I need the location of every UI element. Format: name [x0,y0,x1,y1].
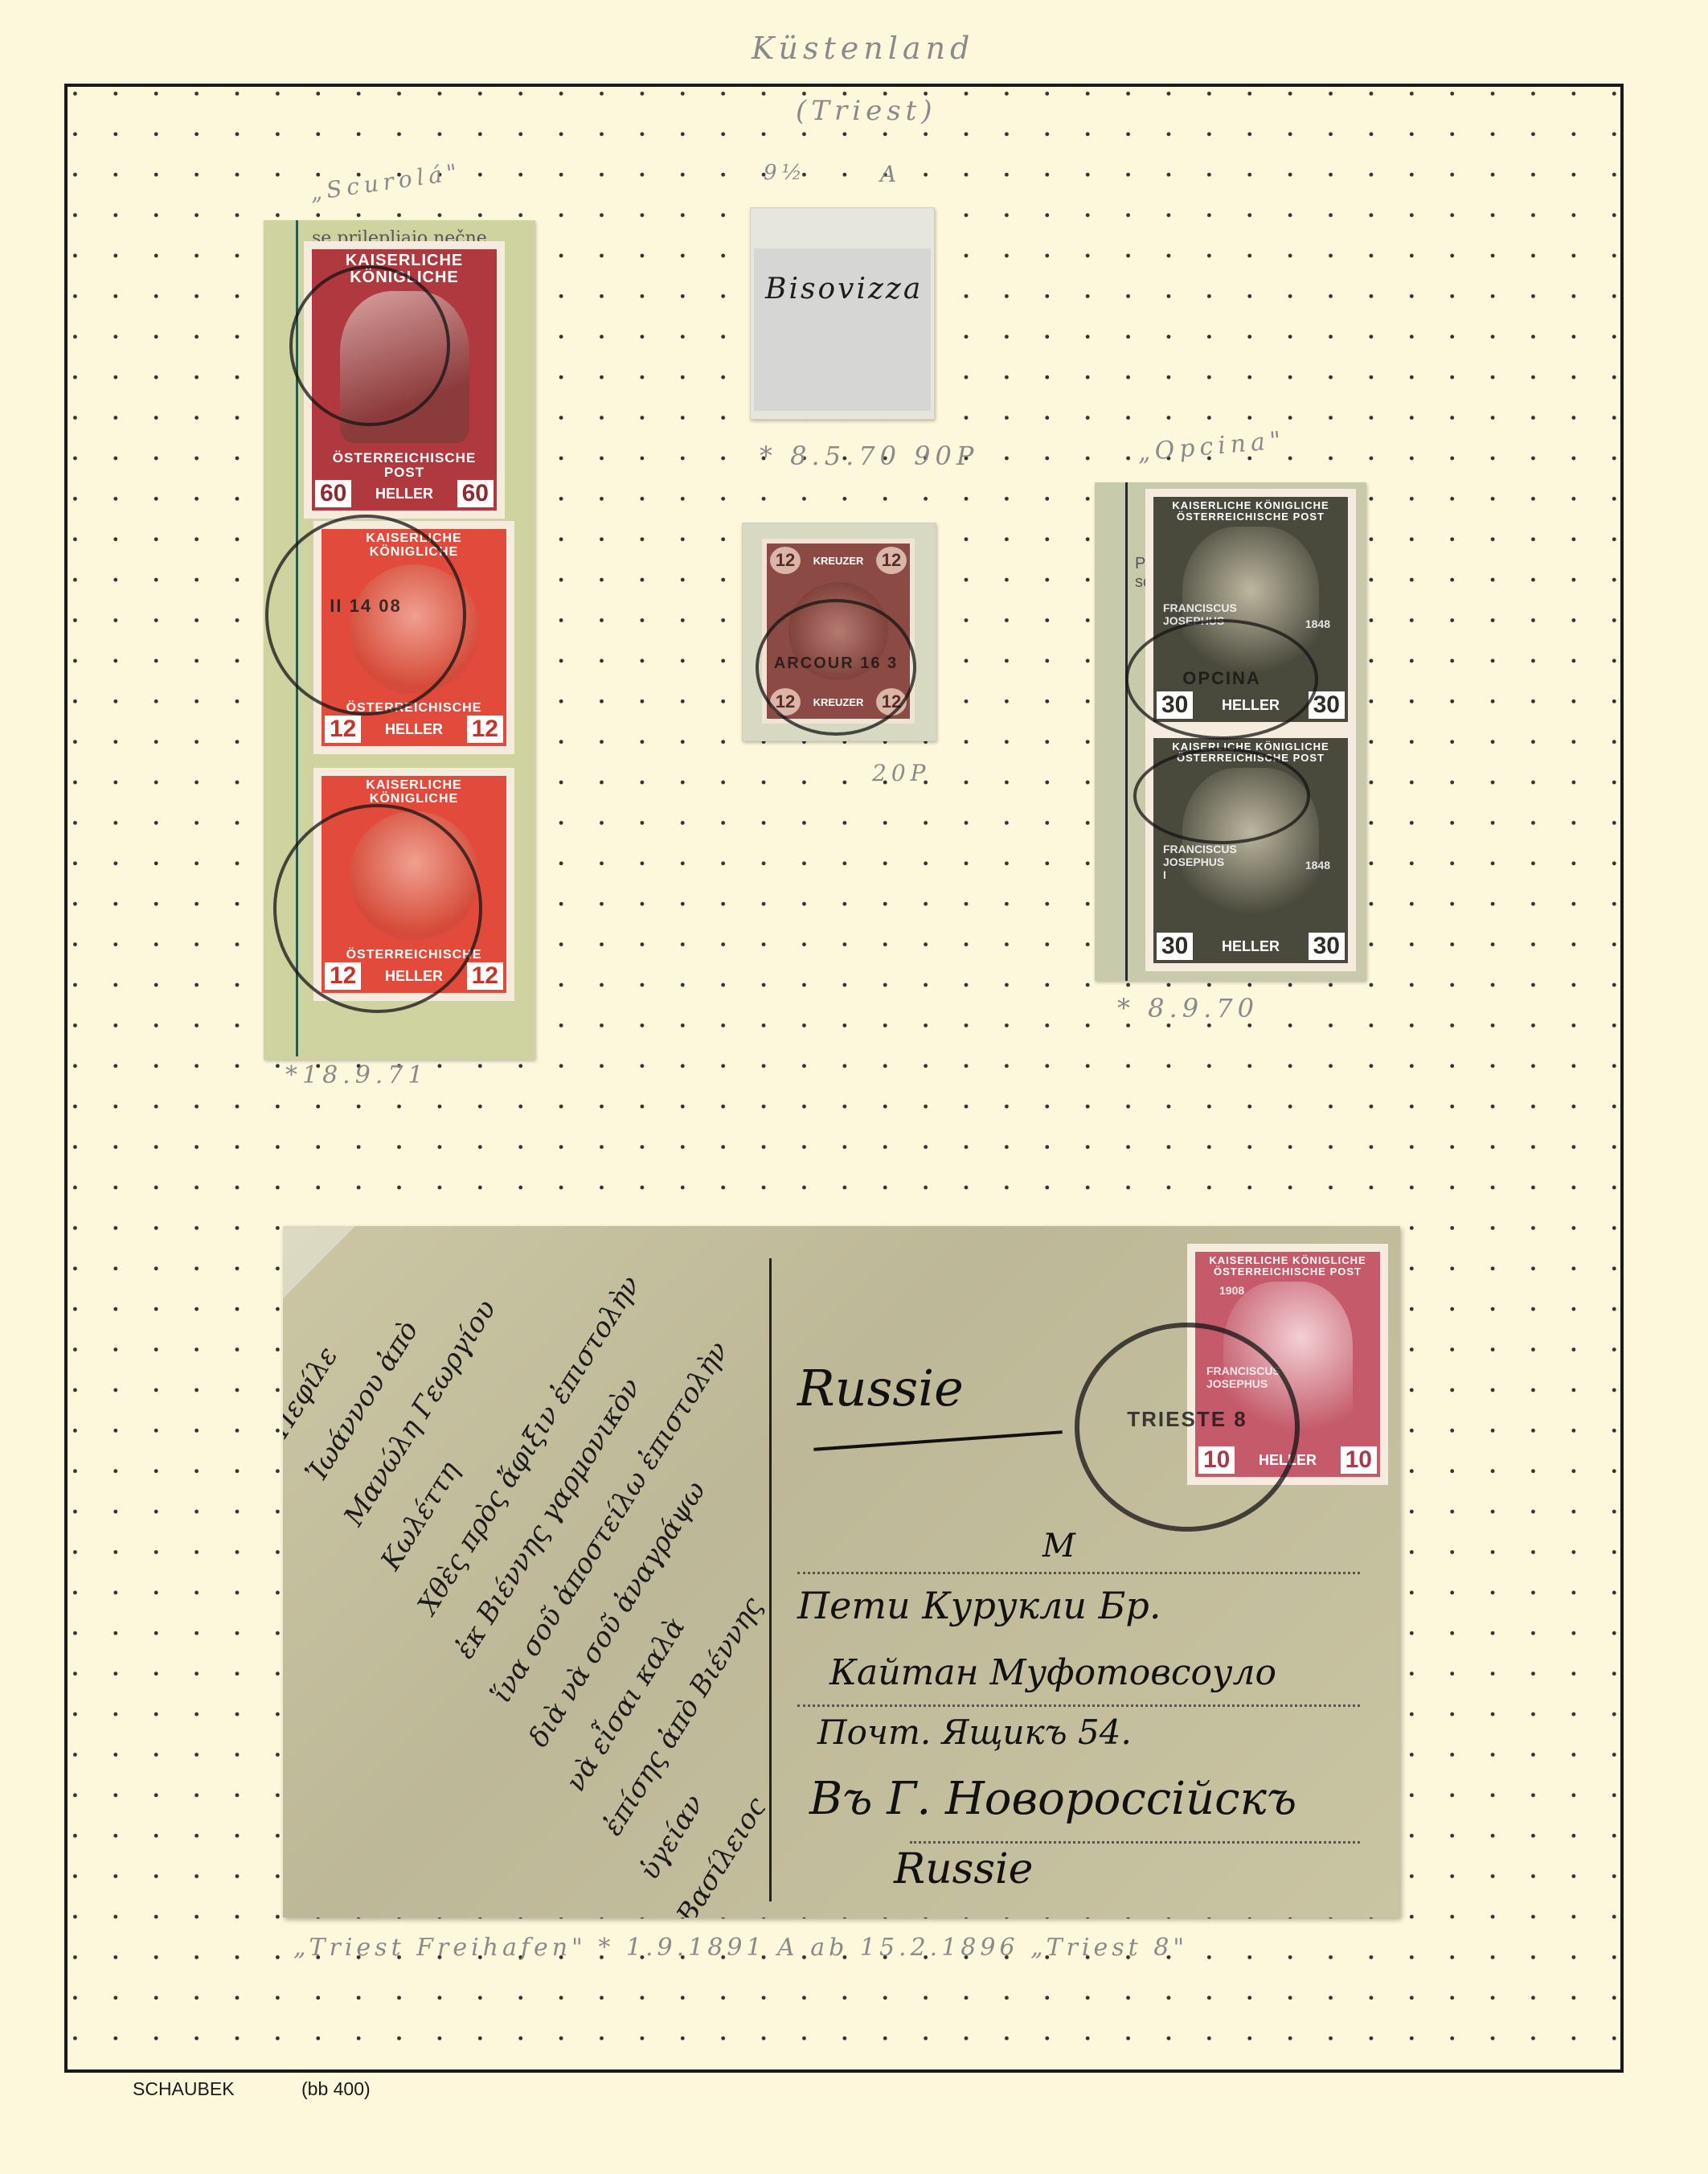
postmark-label-text: Bisovizza [765,273,923,306]
address-dotline-1 [797,1572,1360,1574]
stamp-year: 1848 [1305,617,1330,630]
stamp-portrait [1223,1282,1353,1442]
stamp-portrait [350,811,479,941]
stamp-ring-text: KAISERLICHE KÖNIGLICHE ÖSTERREICHISCHE P… [1153,497,1348,522]
stamp-value-right: 30 [1309,933,1345,960]
stamp-inscription: FRANCISCUS JOSEPHUS [1163,601,1219,627]
type-note: A [880,161,901,187]
stamp-10-heller: KAISERLICHE KÖNIGLICHE ÖSTERREICHISCHE P… [1187,1244,1388,1485]
stamp-currency: HELLER [385,721,443,738]
stamp-currency: HELLER [375,486,433,502]
grade-note: 9½ [764,161,807,185]
stamp-vignette [340,291,469,443]
stamp-portrait [788,582,889,680]
address-line-1: Пети Курукли Бр. [797,1584,1161,1627]
stamp-design: KAISERLICHE KÖNIGLICHE ÖSTERREICHISCHE P… [1153,738,1348,963]
address-dotline-3 [910,1841,1360,1844]
destination-underline [813,1430,1063,1451]
stamp-12-heller-2: KAISERLICHE KÖNIGLICHE ÖSTERREICHISCHE 1… [313,768,514,1001]
address-salutation: M [1042,1528,1075,1565]
stamp-value-bl: 12 [770,688,801,716]
date-note-left: *18.9.71 [285,1061,428,1089]
stamp-value-left: 30 [1157,691,1193,719]
stamp-value-right: 10 [1341,1446,1377,1474]
page-code: (bb 400) [301,2078,371,2100]
stamp-value-right: 60 [457,480,494,507]
date-note-right: * 8.9.70 [1117,993,1259,1023]
stamp-country-bottom: ÖSTERREICHISCHE [346,945,482,962]
stamp-30-heller-1: KAISERLICHE KÖNIGLICHE ÖSTERREICHISCHE P… [1145,489,1356,730]
stamp-value-right: 12 [467,716,503,743]
stamp-value-br: 12 [876,688,907,716]
stamp-inscription: FRANCISCUS JOSEPHUS I [1163,843,1219,881]
subtitle-note: (Triest) [796,95,937,127]
stamp-60-heller: KAISERLICHE KÖNIGLICHE ÖSTERREICHISCHE P… [304,241,505,519]
price-note-center: 20P [872,760,930,786]
stamp-country-top: KAISERLICHE KÖNIGLICHE [312,249,497,286]
address-dotline-2 [797,1704,1360,1707]
stamp-country-bottom: ÖSTERREICHISCHE [346,699,482,716]
stamp-ring-text: KAISERLICHE KÖNIGLICHE ÖSTERREICHISCHE P… [1153,738,1348,763]
destination-top: Russie [797,1359,964,1417]
stamp-design: KAISERLICHE KÖNIGLICHE ÖSTERREICHISCHE P… [1195,1252,1380,1477]
stamp-value-tr: 12 [876,547,907,574]
stamp-inscription: FRANCISCUS JOSEPHUS [1206,1364,1263,1390]
stamp-country-top: KAISERLICHE KÖNIGLICHE [322,776,506,806]
address-line-4: Въ Г. Новороссійскъ [809,1773,1296,1825]
stamp-value-left: 60 [315,480,351,507]
stamp-30-heller-2: KAISERLICHE KÖNIGLICHE ÖSTERREICHISCHE P… [1145,730,1356,971]
stamp-currency: HELLER [1222,697,1280,714]
address-country: Russie [894,1845,1033,1893]
stamp-12-kreuzer: 12 KREUZER 12 12 KREUZER 12 [762,539,915,724]
stamp-country-top: KAISERLICHE KÖNIGLICHE [322,529,506,560]
stamp-value-left: 12 [325,716,361,743]
stamp-footer: KREUZER [813,696,864,708]
stamp-value-right: 30 [1309,691,1345,719]
stamp-year: 1908 [1219,1284,1244,1297]
stamp-design: KAISERLICHE KÖNIGLICHE ÖSTERREICHISCHE 1… [322,776,506,993]
fragment-rule [1125,482,1128,981]
stamp-country-bottom: ÖSTERREICHISCHE POST [312,448,497,480]
publisher-name: SCHAUBEK [133,2078,235,2100]
stamp-value-left: 30 [1157,933,1193,960]
stamp-ring-text: KAISERLICHE KÖNIGLICHE ÖSTERREICHISCHE P… [1195,1252,1380,1277]
stamp-design: KAISERLICHE KÖNIGLICHE ÖSTERREICHISCHE 1… [322,529,506,746]
date-note-center: * 8.5.70 90P [760,441,978,471]
postcard-divider [769,1258,772,1901]
stamp-currency: HELLER [1259,1452,1317,1469]
postmark-label-mount: Bisovizza [750,207,935,420]
address-line-3: Почт. Ящикъ 54. [817,1713,1132,1752]
stamp-value-right: 12 [467,962,503,990]
postcard: ΠεφίλεἸωάννου ἀπὸΜανώλη ΓεωργίουΚωλέττηΧ… [283,1226,1400,1918]
postcard-message: ΠεφίλεἸωάννου ἀπὸΜανώλη ΓεωργίουΚωλέττηΧ… [283,1226,765,1918]
stamp-year: 1848 [1305,859,1330,872]
stamp-portrait [350,564,479,695]
stamp-value-left: 10 [1198,1446,1235,1474]
fragment-rule [296,220,298,1056]
stamp-value-tl: 12 [770,547,801,574]
stamp-currency: HELLER [385,968,443,985]
stamp-12-heller-1: KAISERLICHE KÖNIGLICHE ÖSTERREICHISCHE 1… [313,521,514,754]
address-line-2: Кайтан Муфотовсоуло [829,1652,1276,1693]
stamp-value-left: 12 [325,962,361,990]
stamp-design: KAISERLICHE KÖNIGLICHE ÖSTERREICHISCHE P… [312,249,497,511]
stamp-design: KAISERLICHE KÖNIGLICHE ÖSTERREICHISCHE P… [1153,497,1348,722]
stamp-design: 12 KREUZER 12 12 KREUZER 12 [767,543,910,719]
stamp-header: KREUZER [813,555,864,567]
stamp-currency: HELLER [1222,938,1280,955]
postcard-caption: „Triest Freihafen" * 1.9.1891 A ab 15.2.… [293,1934,1188,1962]
title-note: Küstenland [752,31,974,66]
